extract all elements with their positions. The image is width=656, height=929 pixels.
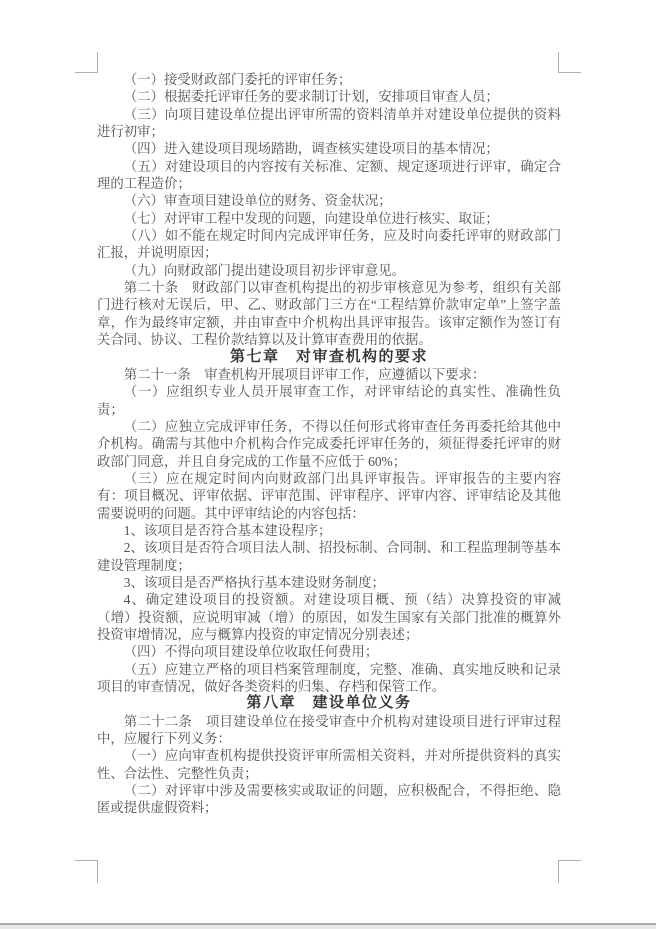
paragraph: （三）应在规定时间内向财政部门出具评审报告。评审报告的主要内容有：项目概况、评审… [97,470,561,522]
paragraph: （一）应向审查机构提供投资评审所需相关资料，并对所提供资料的真实性、合法性、完整… [97,747,561,782]
paragraph: 1、该项目是否符合基本建设程序； [97,522,561,539]
paragraph: （五）对建设项目的内容按有关标准、定额、规定逐项进行评审，确定合理的工程造价； [97,158,561,193]
paragraph: （一）应组织专业人员开展审查工作，对评审结论的真实性、准确性负责； [97,383,561,418]
paragraph: （六）审查项目建设单位的财务、资金状况； [97,192,561,209]
paragraph: 第二十一条 审查机构开展项目评审工作，应遵循以下要求： [97,366,561,383]
margin-crop-mark-top-left [75,52,98,73]
paragraph: （五）应建立严格的项目档案管理制度，完整、准确、真实地反映和记录项目的审查情况，… [97,661,561,696]
margin-crop-mark-top-right [558,52,581,73]
paragraph: （一）接受财政部门委托的评审任务； [97,71,561,88]
paragraph: （八）如不能在规定时间内完成评审任务，应及时向委托评审的财政部门汇报，并说明原因… [97,227,561,262]
margin-crop-mark-bottom-left [75,860,98,883]
page-bottom-edge [0,923,656,929]
paragraph: 第二十二条 项目建设单位在接受审查中介机构对建设项目进行评审过程中，应履行下列义… [97,713,561,748]
paragraph: （四）不得向项目建设单位收取任何费用； [97,643,561,660]
document-page: （一）接受财政部门委托的评审任务；（二）根据委托评审任务的要求制订计划，安排项目… [0,0,656,929]
paragraph: （四）进入建设项目现场踏勘，调查核实建设项目的基本情况； [97,140,561,157]
margin-crop-mark-bottom-right [558,860,581,883]
paragraph: 3、该项目是否严格执行基本建设财务制度； [97,574,561,591]
paragraph: （二）应独立完成评审任务，不得以任何形式将审查任务再委托给其他中介机构。确需与其… [97,418,561,470]
section-heading: 第八章 建设单位义务 [97,695,561,712]
section-heading: 第七章 对审查机构的要求 [97,349,561,366]
paragraph: （三）向项目建设单位提出评审所需的资料清单并对建设单位提供的资料进行初审； [97,106,561,141]
paragraph: （二）根据委托评审任务的要求制订计划，安排项目审查人员； [97,88,561,105]
paragraph: （九）向财政部门提出建设项目初步评审意见。 [97,262,561,279]
paragraph: 4、确定建设项目的投资额。对建设项目概、预（结）决算投资的审减（增）投资额，应说… [97,591,561,643]
paragraph: （二）对评审中涉及需要核实或取证的问题，应积极配合，不得拒绝、隐匿或提供虚假资料… [97,782,561,817]
paragraph: 第二十条 财政部门以审查机构提出的初步审核意见为参考，组织有关部门进行核对无误后… [97,279,561,348]
document-body: （一）接受财政部门委托的评审任务；（二）根据委托评审任务的要求制订计划，安排项目… [97,71,561,817]
paragraph: （七）对评审工程中发现的问题，向建设单位进行核实、取证； [97,210,561,227]
paragraph: 2、该项目是否符合项目法人制、招投标制、合同制、和工程监理制等基本建设管理制度； [97,539,561,574]
